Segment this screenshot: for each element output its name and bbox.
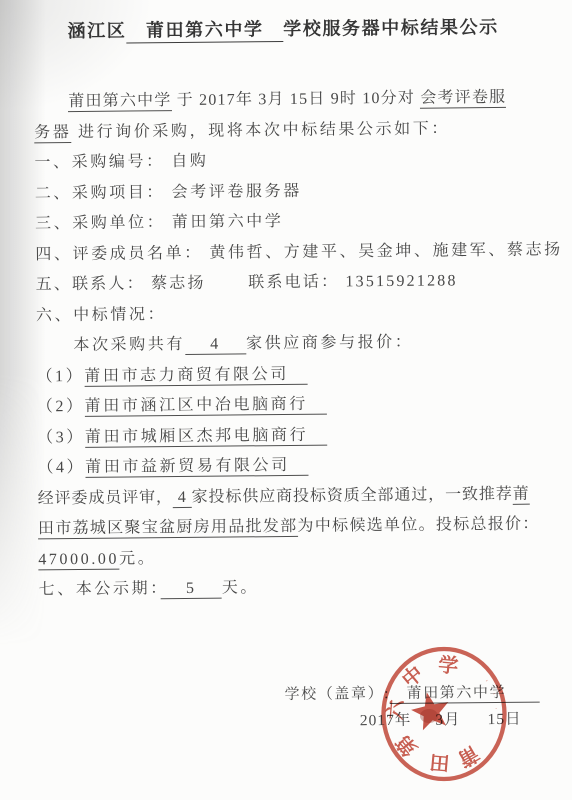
title-school-underlined: 莆田第六中学 xyxy=(126,19,283,44)
doc-line: 莆田第六中学 于 2017年 3月 15日 9时 10分对 会考评卷服 xyxy=(34,82,546,117)
seal-ring-character: 学 xyxy=(437,652,459,678)
text-segment: （2） xyxy=(37,398,85,415)
title-district: 涵江区 xyxy=(67,21,126,42)
doc-line: 一、采购编号： 自购 xyxy=(34,143,546,178)
title-subject: 学校服务器中标结果公示 xyxy=(283,17,499,39)
underlined-text: 4 xyxy=(185,335,246,355)
doc-line: 三、采购单位： 莆田第六中学 xyxy=(35,204,547,239)
text-segment: 进行询价采购，现将本次中标结果公示如下： xyxy=(71,120,450,141)
seal-ring-character: 田 xyxy=(429,750,451,774)
seal-ink-blot xyxy=(420,709,438,723)
doc-line: 四、评委成员名单： 黄伟哲、方建平、吴金坤、施建军、蔡志扬 xyxy=(35,235,547,270)
doc-line: 经评委成员评审， 4 家投标供应商投标资质全部通过，一致推荐莆 xyxy=(38,479,550,514)
seal-serial-mark: ' xyxy=(488,692,496,697)
doc-line: （2）莆田市涵江区中冶电脑商行 xyxy=(37,387,549,422)
doc-line: 五、联系人： 蔡志扬 联系电话： 13515921288 xyxy=(36,265,548,300)
text-segment: 为中标候选单位。投标总报价： xyxy=(297,516,539,535)
doc-line: 二、采购项目： 会考评卷服务器 xyxy=(35,174,547,209)
text-segment: （1） xyxy=(36,367,84,384)
doc-line: （4）莆田市益新贸易有限公司 xyxy=(37,448,549,483)
doc-line: 七、本公示期： 5 天。 xyxy=(38,570,550,605)
official-seal: 莆田第六中学 ''· xyxy=(365,638,523,794)
text-segment: 元。 xyxy=(119,550,156,567)
text-segment: 经评委成员评审， xyxy=(38,489,173,507)
text-segment: 六、中标情况： xyxy=(36,306,166,324)
text-segment: 四、评委成员名单： 黄伟哲、方建平、吴金坤、施建军、蔡志扬 xyxy=(35,241,563,263)
underlined-text: 莆 xyxy=(513,485,530,504)
underlined-text: 莆田市涵江区中冶电脑商行 xyxy=(85,396,327,417)
underlined-text: 田市荔城区聚宝盆厨房用品批发部 xyxy=(38,518,298,539)
underlined-text: 莆田第六中学 xyxy=(68,92,171,112)
underlined-text: 4 xyxy=(173,488,192,507)
text-segment: 家供应商参与报价： xyxy=(246,334,414,353)
doc-line: （1）莆田市志力商贸有限公司 xyxy=(36,357,548,392)
text-segment: 七、本公示期： xyxy=(38,580,160,598)
text-segment: （4） xyxy=(37,459,85,476)
document-body: 莆田第六中学 于 2017年 3月 15日 9时 10分对 会考评卷服务器 进行… xyxy=(34,82,551,605)
underlined-text: 会考评卷服 xyxy=(420,89,506,109)
scanned-document-page: 涵江区 莆田第六中学 学校服务器中标结果公示 莆田第六中学 于 2017年 3月… xyxy=(0,0,572,800)
doc-line: 务器 进行询价采购，现将本次中标结果公示如下： xyxy=(34,113,546,148)
text-segment: 五、联系人： 蔡志扬 联系电话： 13515921288 xyxy=(36,272,458,293)
text-segment: 于 2017年 3月 15日 9时 10分对 xyxy=(171,90,420,109)
text-segment: （3） xyxy=(37,428,85,445)
underlined-text: 莆田市益新贸易有限公司 xyxy=(85,457,308,478)
doc-line: 田市荔城区聚宝盆厨房用品批发部为中标候选单位。投标总报价： xyxy=(38,509,550,544)
page-title: 涵江区 莆田第六中学 学校服务器中标结果公示 xyxy=(17,12,549,43)
doc-line: 六、中标情况： xyxy=(36,296,548,331)
text-segment: 一、采购编号： 自购 xyxy=(34,153,208,172)
underlined-text: 莆田市城厢区杰邦电脑商行 xyxy=(85,426,327,447)
seal-serial-mark: ' xyxy=(481,679,489,686)
underlined-text: 5 xyxy=(161,580,222,600)
text-segment xyxy=(34,93,69,110)
doc-line: 47000.00元。 xyxy=(38,540,550,575)
text-segment: 二、采购项目： 会考评卷服务器 xyxy=(35,182,302,202)
doc-line: （3）莆田市城厢区杰邦电脑商行 xyxy=(37,418,549,453)
seal-serial-mark: · xyxy=(492,707,500,710)
text-segment: 家投标供应商投标资质全部通过，一致推荐 xyxy=(192,485,513,505)
seal-ring-character: 六 xyxy=(383,698,408,721)
underlined-text: 莆田市志力商贸有限公司 xyxy=(84,365,307,386)
text-segment: 本次采购共有 xyxy=(36,336,185,354)
text-segment: 天。 xyxy=(222,579,259,596)
underlined-text: 47000.00 xyxy=(38,550,119,570)
underlined-text: 务器 xyxy=(34,124,71,143)
doc-line: 本次采购共有 4 家供应商参与报价： xyxy=(36,326,548,361)
text-segment: 三、采购单位： 莆田第六中学 xyxy=(35,213,284,232)
